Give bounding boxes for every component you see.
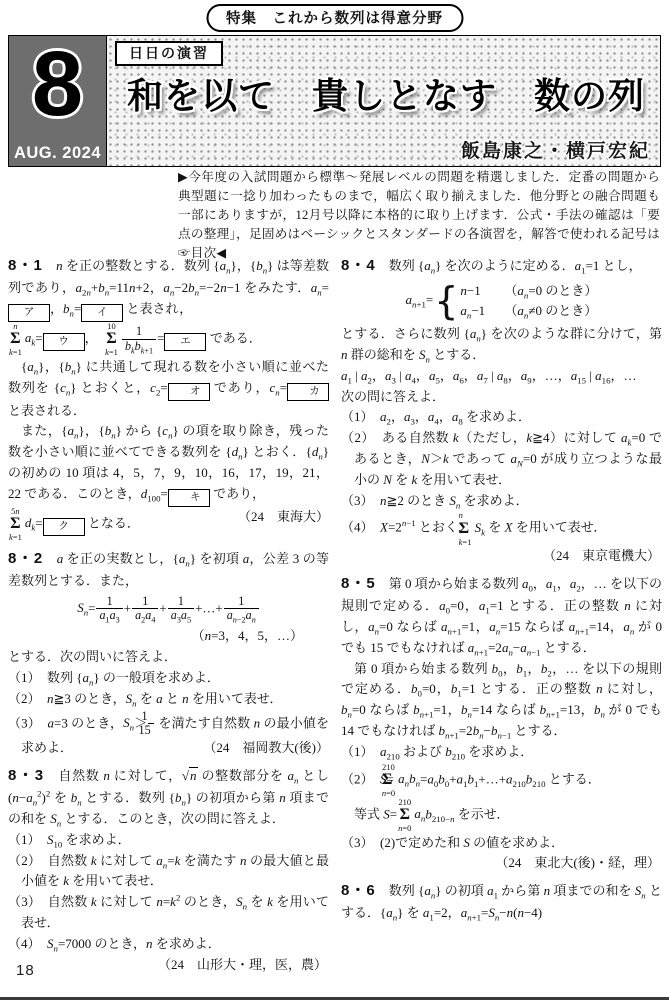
problem-text-block: （3） (2)で定めた和 S の値を求めよ． [341, 833, 662, 854]
source-credit: （24 東海大） [238, 507, 329, 528]
problem-text-block: 5nΣk=1dk=ク となる．（24 東海大） [8, 507, 329, 542]
problem-number: 8・6 [341, 882, 376, 899]
column-left: 8・1 n を正の整数とする．数列 {an}，{bn} は等差数列であり，a2n… [8, 254, 329, 980]
column-right: 8・4 数列 {an} を次のように定める．a1=1 とし，an+1={n−1（… [341, 254, 662, 980]
problem-8-2: 8・2 a を正の実数とし，{an} を初項 a，公差 3 の等差数列とする．ま… [8, 547, 329, 759]
problem-text-block: 8・1 n を正の整数とする．数列 {an}，{bn} は等差数列であり，a2n… [8, 254, 329, 322]
answer-box: エ [164, 333, 206, 351]
answer-box: キ [168, 489, 210, 507]
banner-halftone-area: 日日の演習 和を以て 貴しとなす 数の列 飯島康之・横戸宏紀 [107, 36, 660, 166]
problem-columns: 8・1 n を正の整数とする．数列 {an}，{bn} は等差数列であり，a2n… [8, 254, 662, 980]
source-credit: （24 東京電機大） [341, 546, 662, 567]
problem-text-block: 8・5 第 0 項から始まる数列 a0，a1，a2，… を以下の規則で定める．a… [341, 572, 662, 658]
problem-text-block: （2） n≧3 のとき，Sn を a と n を用いて表せ． [8, 689, 329, 710]
problem-8-3: 8・3 自然数 n に対して，√n の整数部分を an とし (n−an2)2 … [8, 764, 329, 975]
problem-8-6: 8・6 数列 {an} の初項 a1 から第 n 項までの和を Sn とする．{… [341, 879, 662, 924]
issue-date: AUG. 2024 [14, 144, 101, 166]
source-credit: （24 山形大・理，医，農） [8, 955, 329, 976]
problem-text-block: また，{an}，{bn} から {cn} の項を取り除き，残った数を小さい順に並… [8, 421, 329, 506]
problem-text-block: 等式 S=210Σn=0anb210−n を示せ． [341, 798, 662, 833]
problem-number: 8・2 [8, 550, 43, 567]
problem-text-block: （1） a210 および b210 を求めよ． [341, 742, 662, 763]
issue-month-number: 8 [32, 38, 83, 132]
problem-text-block: 次の問に答えよ． [341, 387, 662, 408]
problem-text-block: （1） 数列 {an} の一般項を求めよ． [8, 668, 329, 689]
problem-text-block: （2） 自然数 k に対して an=k を満たす n の最大値と最小値を k を… [8, 851, 329, 893]
problem-text-block: 8・6 数列 {an} の初項 a1 から第 n 項までの和を Sn とする．{… [341, 879, 662, 924]
problem-8-1: 8・1 n を正の整数とする．数列 {an}，{bn} は等差数列であり，a2n… [8, 254, 329, 542]
page-number: 18 [16, 962, 35, 979]
problem-number: 8・3 [8, 767, 44, 784]
answer-box: ア [8, 304, 50, 322]
problem-number: 8・5 [341, 575, 376, 592]
problem-text-block: 8・4 数列 {an} を次のように定める．a1=1 とし， [341, 254, 662, 278]
problem-text-block: {an}，{bn} に共通して現れる数を小さい順に並べた数列を {cn} とおく… [8, 357, 329, 422]
intro-paragraph: ▶今年度の入試問題から標準～発展レベルの問題を精選しました．定番の問題から典型題… [178, 168, 660, 262]
problem-text-block: （2） S=210Σn=0anbn=a0b0+a1b1+…+a210b210 と… [341, 763, 662, 798]
problem-8-4: 8・4 数列 {an} を次のように定める．a1=1 とし，an+1={n−1（… [341, 254, 662, 567]
problem-text-block: （3） 自然数 k に対して n=k2 のとき，Sn を k を用いて表せ． [8, 892, 329, 934]
answer-box: ク [43, 518, 85, 536]
answer-box: オ [168, 383, 210, 401]
problem-text-block: 8・2 a を正の実数とし，{an} を初項 a，公差 3 の等差数列とする．ま… [8, 547, 329, 592]
problem-text-block: とする．さらに数列 {an} を次のような群に分けて，第 n 群の総和を Sn … [341, 324, 662, 366]
problem-text-block: 8・3 自然数 n に対して，√n の整数部分を an とし (n−an2)2 … [8, 764, 329, 830]
answer-box: ウ [43, 333, 85, 351]
feature-badge: 特集 これから数列は得意分野 [206, 4, 463, 32]
problem-number: 8・1 [8, 257, 43, 274]
problem-text-block: （3） n≧2 のとき Sn を求めよ． [341, 491, 662, 512]
month-block: 8 AUG. 2024 [9, 36, 107, 166]
column-label: 日日の演習 [115, 41, 223, 66]
source-credit: （24 福岡教大(後)） [216, 738, 329, 759]
problem-text-block: 第 0 項から始まる数列 b0，b1，b2，… を以下の規則で定める．b0=0，… [341, 659, 662, 742]
problem-text-block: （2） ある自然数 k（ただし，k≧4）に対して ak=0 であるとき，N＞k … [341, 428, 662, 490]
answer-box: イ [81, 304, 123, 322]
problem-text-block: （3） a=3 のとき，Sn＞115 を満たす自然数 n の最小値を求めよ．（2… [8, 710, 329, 760]
source-credit: （24 東北大(後)・経，理） [341, 853, 662, 874]
problem-text-block: （n=3，4，5，…） [8, 626, 329, 647]
magazine-page: 特集 これから数列は得意分野 8 AUG. 2024 日日の演習 和を以て 貴し… [0, 0, 669, 1000]
problem-text-block: a1 | a2，a3 | a4，a5，a6，a7 | a8，a9，…，a15 |… [341, 366, 662, 387]
problem-number: 8・4 [341, 257, 376, 274]
problem-text-block: とする．次の問いに答えよ． [8, 647, 329, 668]
answer-box: カ [287, 383, 329, 401]
page-title: 和を以て 貴しとなす 数の列 [127, 68, 654, 119]
problem-text-block: （1） S10 を求めよ． [8, 830, 329, 851]
problem-text-block: Sn=1a1a3+1a2a4+1a3a5+…+1an−2an [8, 595, 329, 624]
problem-text-block: （4） Sn=7000 のとき，n を求めよ． [8, 934, 329, 955]
problem-text-block: （4） X=2n−1 とおく．nΣk=1Sk を X を用いて表せ． [341, 511, 662, 546]
problem-text-block: nΣk=1ak=ウ， 10Σk=11bkbk+1=エ である． [8, 322, 329, 357]
header-banner: 8 AUG. 2024 日日の演習 和を以て 貴しとなす 数の列 飯島康之・横戸… [8, 35, 661, 167]
problem-text-block: （1） a2，a3，a4，a8 を求めよ． [341, 407, 662, 428]
problem-text-block: an+1={n−1（an=0 のとき）an−1（an≠0 のとき） [341, 281, 662, 321]
problem-8-5: 8・5 第 0 項から始まる数列 a0，a1，a2，… を以下の規則で定める．a… [341, 572, 662, 874]
authors: 飯島康之・横戸宏紀 [461, 136, 650, 163]
